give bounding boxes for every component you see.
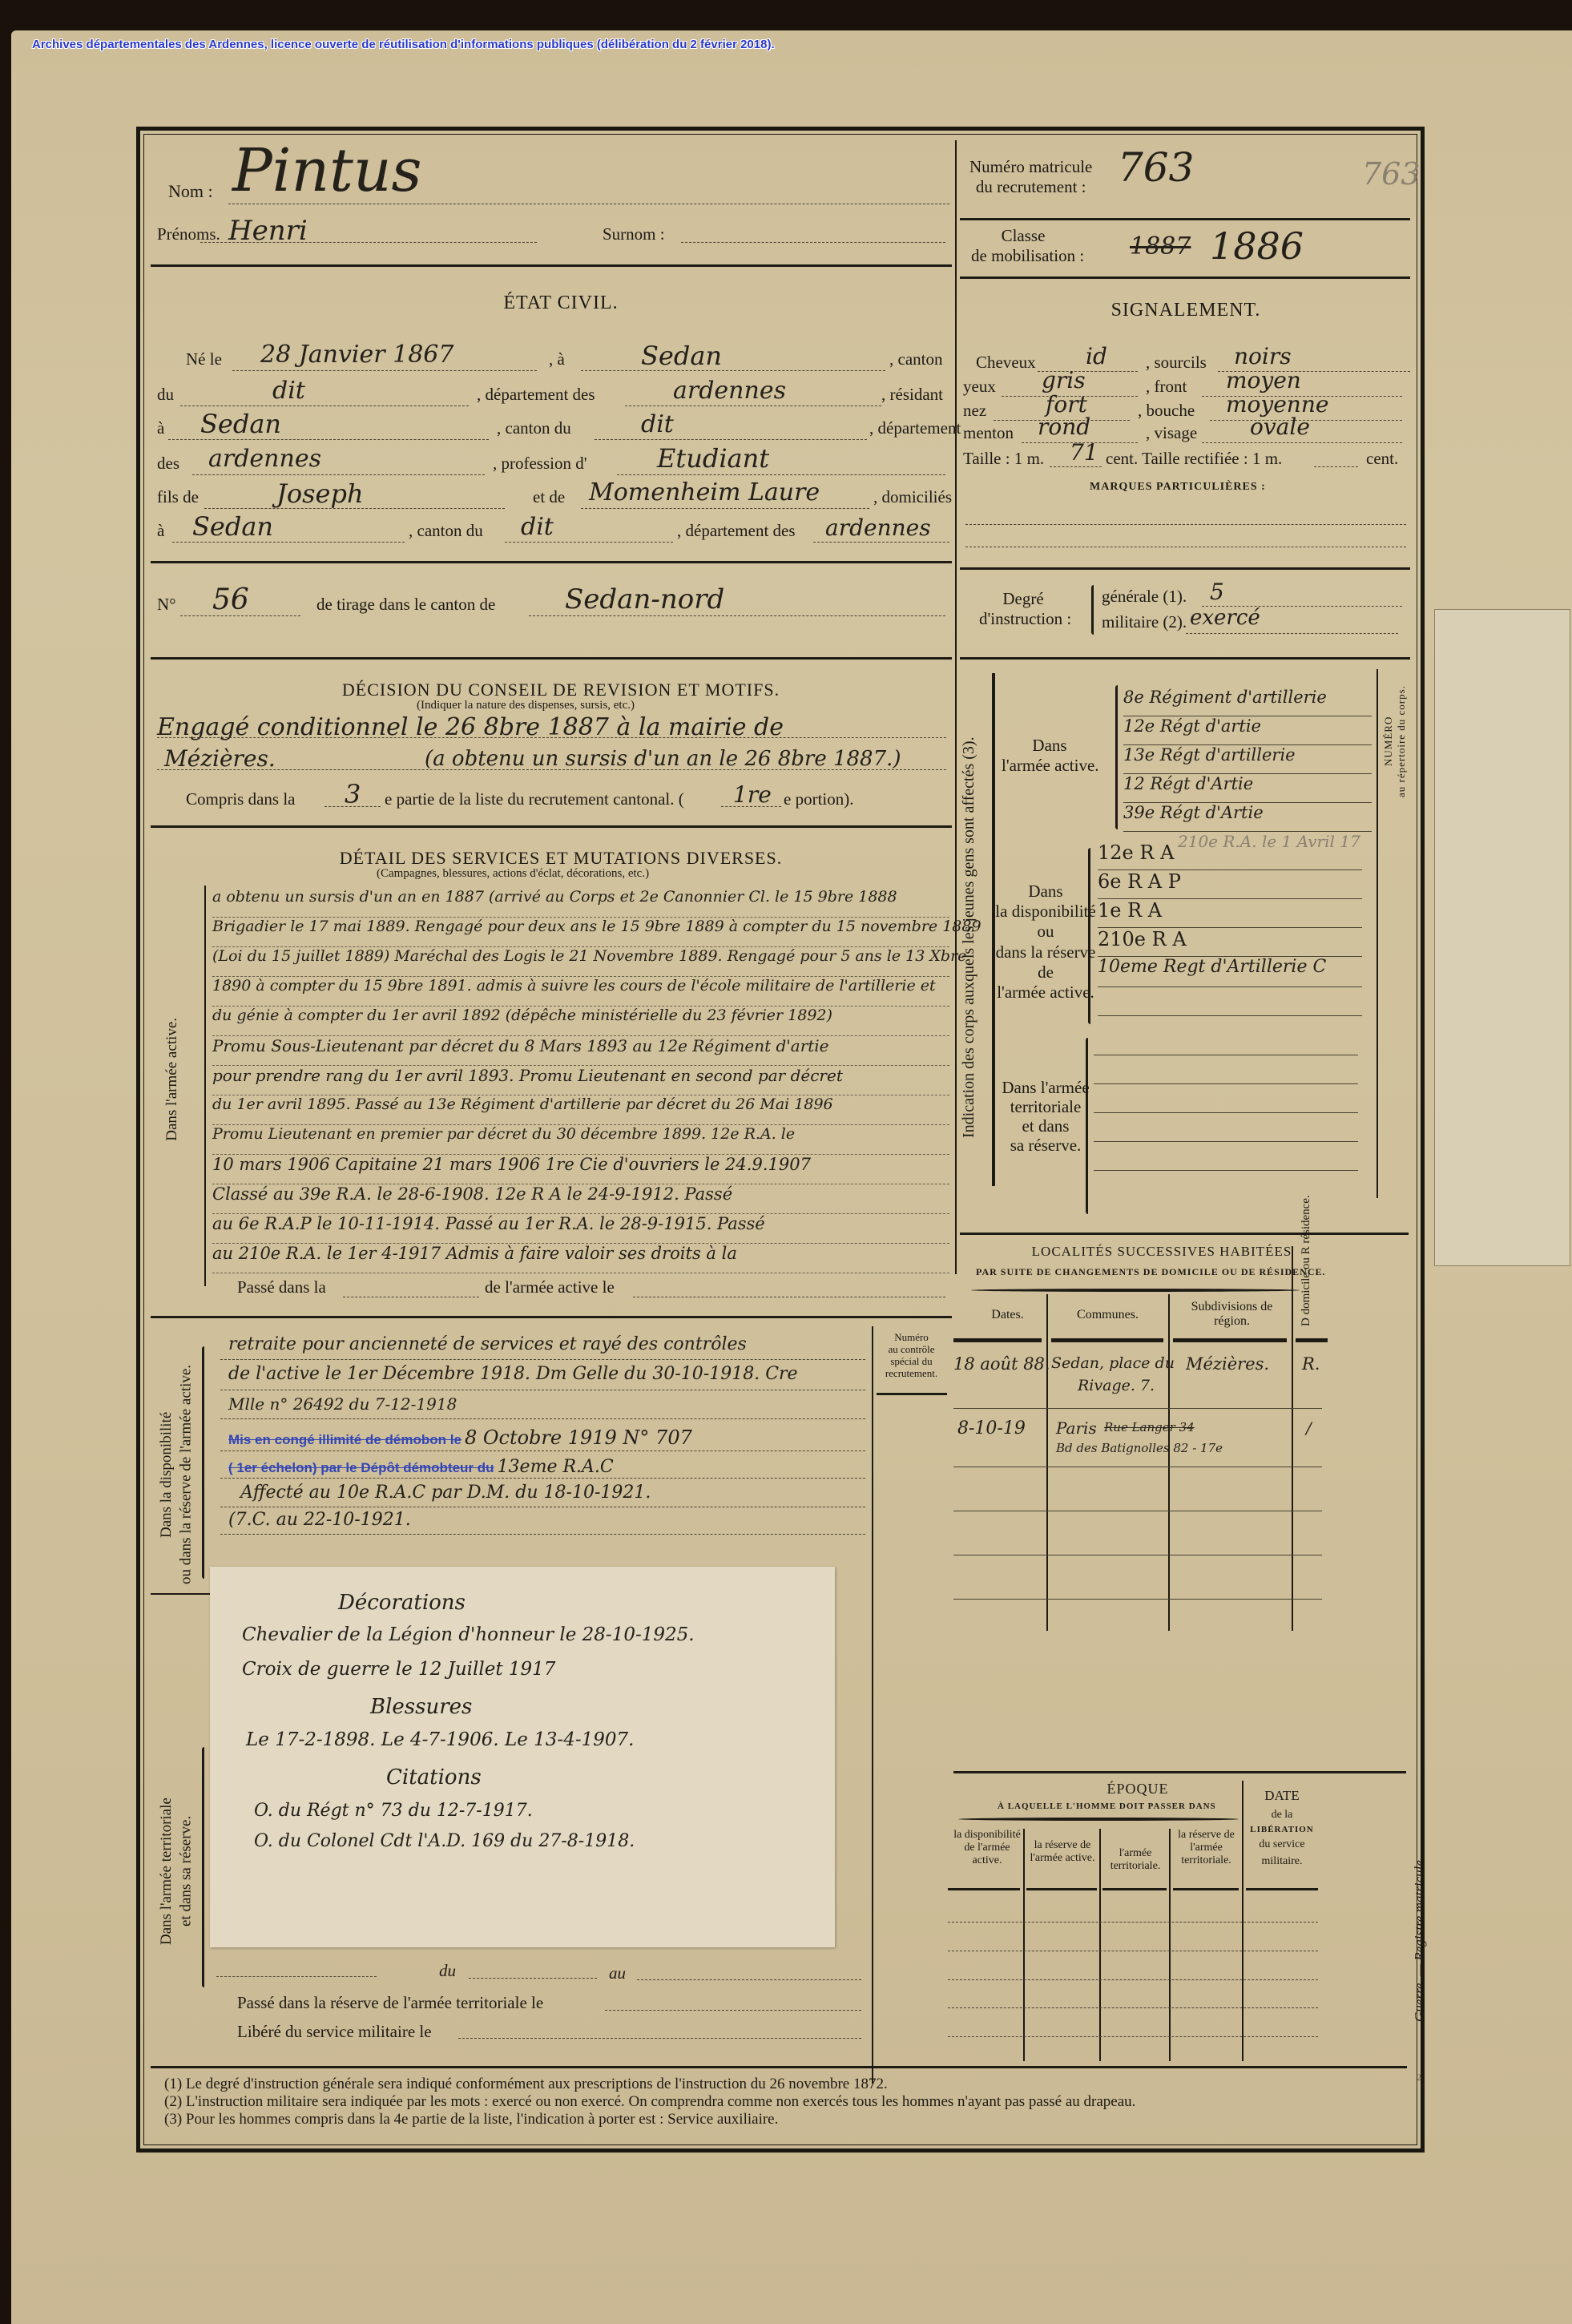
tirage-no-value: 56 <box>212 583 249 616</box>
instruction-label-line1: Degré <box>979 589 1067 609</box>
service-line: au 210e R.A. le 1er 4-1917 Admis à faire… <box>212 1244 949 1273</box>
menton-label: menton <box>963 423 1014 443</box>
au-line <box>637 1979 861 1980</box>
sourcils-value: noirs <box>1234 343 1292 369</box>
corps-active-entry: 12e Régt d'artie <box>1123 716 1372 745</box>
citation-regiment: O. du Régt n° 73 du 12-7-1917. <box>254 1801 533 1821</box>
decoration-legion-honneur: Chevalier de la Légion d'honneur le 28-1… <box>242 1624 695 1645</box>
yeux-label: yeux <box>963 377 996 397</box>
des-value: ardennes <box>208 445 321 473</box>
corps-dispo-entry: 12e R A <box>1098 841 1362 870</box>
tirage-no-label: N° <box>157 595 176 615</box>
localite-row-1-dr: R. <box>1302 1354 1320 1374</box>
numero-controle-divider <box>872 1326 873 2084</box>
corps-territoriale-line <box>1094 1170 1358 1171</box>
service-line: pour prendre rang du 1er avril 1893. Pro… <box>212 1066 949 1095</box>
epoque-row-line <box>948 2036 1318 2037</box>
nom-line <box>228 204 949 204</box>
localite-row-2-commune-struck: Rue Langer 34 <box>1104 1420 1195 1434</box>
instruction-label: Degré d'instruction : <box>979 589 1067 629</box>
epoque-col-divider <box>1169 1829 1171 2061</box>
corps-dispo-label-line3: ou <box>994 922 1098 942</box>
departement-line <box>625 405 881 406</box>
portion-label: e portion). <box>784 789 853 809</box>
date-liberation-header: DATE de la LIBÉRATION du service militai… <box>1246 1785 1318 1870</box>
libere-line <box>458 2038 861 2039</box>
tirage-canton-value: Sedan-nord <box>565 583 724 615</box>
date-liberation-line3: LIBÉRATION <box>1246 1823 1318 1837</box>
de-l-armee-active-le-label: de l'armée active le <box>485 1277 615 1297</box>
localites-col-divider <box>1168 1294 1170 1631</box>
conseil-rule-1 <box>157 737 946 738</box>
instruction-brace <box>1091 585 1094 635</box>
etat-civil-title: ÉTAT CIVIL. <box>465 293 657 314</box>
profession-label: , profession d' <box>493 454 587 474</box>
localites-header-bar <box>1051 1338 1163 1342</box>
corps-dispo-entry: 6e R A P <box>1098 870 1362 899</box>
yeux-value: gris <box>1042 367 1086 393</box>
passe-line-2 <box>633 1297 945 1297</box>
corps-dispo-label-line4: dans la réserve <box>994 942 1098 962</box>
citation-colonel: O. du Colonel Cdt l'A.D. 169 du 27-8-191… <box>254 1831 635 1851</box>
matricule-divider <box>960 218 1410 220</box>
epoque-flourish <box>958 1818 1239 1821</box>
taille-label: Taille : 1 m. <box>963 449 1044 469</box>
conseil-title: DÉCISION DU CONSEIL DE REVISION ET MOTIF… <box>240 680 881 700</box>
canton3-label: , canton du <box>409 521 483 541</box>
corps-dispo-label-line2: la disponibilité <box>994 902 1098 922</box>
corps-dispo-entry: 10eme Regt d'Artillerie C <box>1098 957 1362 987</box>
epoque-col-divider <box>1023 1829 1025 2061</box>
localites-header-communes: Communes. <box>1050 1308 1166 1322</box>
epoque-col-divider <box>1099 1829 1101 2061</box>
services-title: DÉTAIL DES SERVICES ET MUTATIONS DIVERSE… <box>240 848 881 869</box>
classe-struck-value: 1887 <box>1130 232 1191 260</box>
localites-header-bar <box>1296 1338 1328 1342</box>
archive-license-watermark: Archives départementales des Ardennes, l… <box>32 38 775 51</box>
localite-row-2-commune: Paris <box>1056 1418 1097 1438</box>
tirage-divider <box>151 657 952 660</box>
corps-dispo-label-line5: de <box>994 962 1098 982</box>
registre-imprint: Guerre. — Registre matricule. <box>1412 1819 1428 2060</box>
corps-territoriale-line <box>1094 1055 1358 1055</box>
classe-divider <box>960 276 1410 279</box>
du-label: du <box>439 1961 456 1981</box>
marques-line-1 <box>965 524 1406 525</box>
corps-active-label: Dans l'armée active. <box>1002 736 1098 776</box>
services-divider <box>151 1316 952 1318</box>
corps-dispo-entry-empty <box>1098 987 1362 1016</box>
epoque-col-reserve-territoriale: la réserve de l'armée territoriale. <box>1172 1829 1240 1867</box>
du-line <box>180 405 469 406</box>
cent-label: cent. <box>1366 449 1398 469</box>
taille-line <box>1050 466 1102 467</box>
epoque-header-bar <box>948 1888 1020 1890</box>
epoque-row-line <box>948 1922 1318 1923</box>
territoriale-brace <box>202 1747 204 1987</box>
localites-header-bar <box>953 1338 1042 1342</box>
disponibilite-rule <box>220 1359 865 1360</box>
signalement-title: SIGNALEMENT. <box>1074 300 1298 321</box>
tirage-no-line <box>180 615 300 616</box>
disponibilite-line-2: de l'active le 1er Décembre 1918. Dm Gel… <box>228 1364 798 1384</box>
a-label: , à <box>549 349 565 369</box>
localite-row-1-subdivision: Mézières. <box>1186 1354 1269 1374</box>
tirage-canton-line <box>529 615 945 616</box>
canton2-value: dit <box>641 410 674 438</box>
localites-col-divider <box>1292 1246 1293 1631</box>
libere-label: Libéré du service militaire le <box>237 2022 432 2042</box>
a2-value: Sedan <box>200 409 281 439</box>
localite-row-line <box>953 1467 1322 1467</box>
corps-side-label: Indication des corps auxquels les jeunes… <box>960 689 978 1186</box>
front-label: , front <box>1146 377 1187 397</box>
demob-echelon-row: ( 1er échelon) par le Dépôt démobteur du… <box>228 1457 614 1477</box>
corps-active-entries: 8e Régiment d'artillerie 12e Régt d'arti… <box>1123 688 1372 832</box>
compris-line <box>324 806 381 807</box>
conseil-line-2b: (a obtenu un sursis d'un an le 26 8bre 1… <box>425 747 901 771</box>
a3-value: Sedan <box>192 511 273 542</box>
instruction-generale-value: 5 <box>1210 579 1224 605</box>
canton2-label: , canton du <box>497 418 571 438</box>
fils-de-label: fils de <box>157 487 199 507</box>
localites-flourish <box>971 1289 1300 1292</box>
numero-repertoire-label-line1: NUMÉRO <box>1382 716 1394 766</box>
numero-controle-bar <box>877 1393 947 1395</box>
conseil-divider <box>151 825 952 828</box>
sourcils-label: , sourcils <box>1146 353 1207 373</box>
service-line: (Loi du 15 juillet 1889) Maréchal des Lo… <box>212 947 949 977</box>
classe-label-line1: Classe <box>971 226 1075 246</box>
blessures-title: Blessures <box>370 1695 472 1719</box>
a3-line <box>172 542 405 543</box>
disponibilite-rule <box>220 1450 865 1451</box>
decorations-title: Décorations <box>338 1591 466 1615</box>
localites-subtitle: PAR SUITE DE CHANGEMENTS DE DOMICILE OU … <box>976 1266 1326 1278</box>
surnom-label: Surnom : <box>603 224 665 244</box>
instruction-generale-label: générale (1). <box>1102 587 1187 607</box>
epoque-row-line <box>948 1979 1318 1980</box>
disponibilite-rule <box>220 1534 865 1535</box>
services-left-border <box>204 886 206 1286</box>
localite-row-1-date: 18 août 88. <box>953 1354 1050 1374</box>
epoque-header-bar <box>1246 1888 1318 1890</box>
disponibilite-rule <box>220 1418 865 1419</box>
footnote-1: (1) Le degré d'instruction générale sera… <box>164 2076 888 2093</box>
corps-dispo-entry: 1e R A <box>1098 899 1362 928</box>
numero-controle-label: Numéro au contrôle spécial du recrutemen… <box>873 1332 949 1380</box>
localites-col-divider <box>1046 1294 1048 1631</box>
service-line: Brigadier le 17 mai 1889. Rengagé pour d… <box>212 918 949 947</box>
instruction-militaire-value: exercé <box>1190 606 1260 630</box>
localites-title: LOCALITÉS SUCCESSIVES HABITÉES <box>986 1244 1338 1260</box>
disponibilite-brace <box>202 1346 204 1579</box>
numero-matricule-value: 763 <box>1118 144 1194 191</box>
instruction-label-line2: d'instruction : <box>979 609 1067 629</box>
mere-value: Momenheim Laure <box>589 478 820 506</box>
bouche-label: , bouche <box>1138 401 1195 421</box>
territoriale-side-label-line2: et dans sa réserve. <box>178 1816 195 1927</box>
nez-label: nez <box>963 401 986 421</box>
demob-regiment: 13eme R.A.C <box>498 1457 614 1477</box>
corps-divider <box>960 1233 1409 1235</box>
marques-particulieres-label: MARQUES PARTICULIÈRES : <box>1090 481 1266 494</box>
au-label: au <box>609 1963 626 1983</box>
localites-header-bar <box>1173 1338 1287 1342</box>
instruction-militaire-line <box>1186 633 1398 634</box>
front-value: moyen <box>1226 367 1301 393</box>
service-line: Promu Sous-Lieutenant par décret du 8 Ma… <box>212 1036 949 1066</box>
imprint-number: 2 <box>1417 2072 1421 2084</box>
epoque-header-bar <box>1102 1888 1167 1890</box>
epoque-header-bar <box>1026 1888 1097 1890</box>
localite-row-2-commune-2: Bd des Batignolles 82 - 17e <box>1056 1441 1223 1455</box>
corps-territoriale-line <box>1094 1141 1358 1142</box>
epoque-title: ÉPOQUE <box>1066 1781 1210 1797</box>
demob-stamp-row: Mis en congé illimité de démobon le 8 Oc… <box>228 1426 692 1449</box>
departement3-line <box>813 542 949 543</box>
a-line <box>581 370 885 371</box>
departement2-label: , département <box>869 418 961 438</box>
menton-value: rond <box>1038 414 1090 440</box>
corps-active-entry: 8e Régiment d'artillerie <box>1123 688 1372 716</box>
cheveux-value: id <box>1086 343 1107 369</box>
visage-label: , visage <box>1146 423 1197 443</box>
footnote-2: (2) L'instruction militaire sera indiqué… <box>164 2093 1135 2111</box>
numero-matricule-pencil: 763 <box>1362 156 1421 192</box>
taille-value: 71 <box>1070 439 1098 466</box>
corps-territoriale-line <box>1094 1112 1358 1113</box>
localite-row-line <box>953 1408 1322 1409</box>
signalement-divider <box>960 567 1410 570</box>
footnote-3: (3) Pour les hommes compris dans la 4e p… <box>164 2111 778 2128</box>
passe-dans-la-label: Passé dans la <box>237 1277 326 1297</box>
epoque-col-reserve-active: la réserve de l'armée active. <box>1027 1839 1098 1865</box>
demob-stamp: Mis en congé illimité de démobon le <box>228 1432 462 1447</box>
corps-active-entry: 39e Régt d'Artie <box>1123 803 1372 832</box>
corps-active-entry: 13e Régt d'artillerie <box>1123 745 1372 774</box>
taille-rectifiee-label: cent. Taille rectifiée : 1 m. <box>1106 449 1282 469</box>
corps-territoriale-label-line4: sa réserve. <box>994 1136 1098 1155</box>
right-column-divider <box>955 140 957 1274</box>
pasted-decorations-note: Décorations Chevalier de la Légion d'hon… <box>210 1567 835 1947</box>
services-side-label: Dans l'armée active. <box>163 1018 181 1141</box>
localite-row-line <box>953 1599 1322 1600</box>
nom-value: Pintus <box>232 136 422 205</box>
partie-label: e partie de la liste du recrutement cant… <box>385 789 684 809</box>
corps-territoriale-label-line2: territoriale <box>994 1097 1098 1116</box>
numero-matricule-label-line2: du recrutement : <box>969 177 1092 197</box>
corps-dispo-entries: 12e R A 6e R A P 1e R A 210e R A 10eme R… <box>1098 841 1362 1016</box>
corps-dispo-entry: 210e R A <box>1098 928 1362 957</box>
classe-value: 1886 <box>1210 224 1304 268</box>
service-line: Promu Lieutenant en premier par décret d… <box>212 1125 949 1155</box>
epoque-row-line <box>948 2007 1318 2008</box>
numero-controle-label-line3: spécial du <box>873 1356 949 1368</box>
instruction-divider <box>960 657 1410 660</box>
canton2-line <box>595 439 867 440</box>
service-line: Classé au 39e R.A. le 28-6-1908. 12e R A… <box>212 1184 949 1214</box>
tirage-label: de tirage dans le canton de <box>316 595 495 615</box>
epoque-header-bar <box>1173 1888 1239 1890</box>
numero-matricule-label: Numéro matricule du recrutement : <box>969 157 1092 197</box>
disponibilite-line-4: Affecté au 10e R.A.C par D.M. du 18-10-1… <box>240 1483 651 1503</box>
profession-value: Etudiant <box>657 443 769 474</box>
blessures-dates: Le 17-2-1898. Le 4-7-1906. Le 13-4-1907. <box>246 1729 634 1750</box>
conseil-subtitle: (Indiquer la nature des dispenses, sursi… <box>417 699 635 712</box>
corps-territoriale-brace <box>1086 1038 1088 1214</box>
marques-line-2 <box>965 547 1406 547</box>
et-de-label: et de <box>533 487 565 507</box>
surnom-line <box>681 242 945 243</box>
service-line: du 1er avril 1895. Passé au 13e Régiment… <box>212 1095 949 1125</box>
departement-label: , département des <box>477 385 595 405</box>
canton3-line <box>505 542 673 543</box>
instruction-militaire-label: militaire (2). <box>1102 612 1187 632</box>
numero-repertoire-label: NUMÉRO au répertoire du corps. <box>1382 673 1408 809</box>
epoque-col-divider <box>1242 1781 1243 2061</box>
disponibilite-rule <box>220 1390 865 1390</box>
demob-date: 8 Octobre 1919 N° 707 <box>465 1426 692 1449</box>
ne-le-line <box>232 370 537 371</box>
epoque-col-territoriale: l'armée territoriale. <box>1103 1847 1167 1873</box>
profession-line <box>617 474 945 475</box>
cheveux-label: Cheveux <box>976 353 1036 373</box>
citations-title: Citations <box>386 1765 482 1789</box>
service-line: a obtenu un sursis d'un an en 1887 (arri… <box>212 888 949 918</box>
nom-label: Nom : <box>168 181 213 202</box>
a3-label: à <box>157 521 164 541</box>
visage-line <box>1202 442 1402 443</box>
numero-repertoire-label-line2: au répertoire du corps. <box>1395 685 1407 797</box>
paper-tab-upper <box>1434 609 1570 1266</box>
disponibilite-side-label: Dans la disponibilité ou dans la réserve… <box>157 1362 196 1587</box>
conseil-rule-2 <box>157 769 946 770</box>
localite-row-line <box>953 1555 1322 1555</box>
date-liberation-line5: militaire. <box>1246 1853 1318 1870</box>
epoque-row-line <box>948 1951 1318 1951</box>
passe-line-1 <box>343 1297 479 1297</box>
passe-reserve-territoriale-label: Passé dans la réserve de l'armée territo… <box>237 1993 543 2013</box>
departement-value: ardennes <box>673 377 786 405</box>
compris-label: Compris dans la <box>186 789 296 809</box>
disponibilite-line-3: Mlle n° 26492 du 7-12-1918 <box>228 1394 457 1414</box>
localite-row-1-commune: Sedan, place du <box>1051 1354 1175 1372</box>
localites-divider <box>953 1771 1406 1773</box>
localite-row-2-date: 8-10-19 <box>957 1418 1026 1438</box>
canton-label: , canton <box>889 349 942 369</box>
classe-label: Classe de mobilisation : <box>971 226 1075 266</box>
pere-line <box>204 508 505 509</box>
date-liberation-line4: du service <box>1246 1836 1318 1853</box>
du-value: dit <box>272 377 305 405</box>
localite-row-2-dr: / <box>1306 1418 1312 1438</box>
a-value: Sedan <box>641 341 722 371</box>
des-label: des <box>157 454 179 474</box>
visage-value: ovale <box>1250 414 1310 440</box>
territoriale-from-line <box>216 1976 377 1977</box>
service-line: du génie à compter du 1er avril 1892 (dé… <box>212 1007 949 1036</box>
portion-line <box>721 806 781 807</box>
footnotes-divider <box>151 2066 1407 2068</box>
services-subtitle: (Campagnes, blessures, actions d'éclat, … <box>377 867 649 881</box>
disponibilite-rule <box>220 1507 865 1507</box>
corps-active-entry: 12 Régt d'Artie <box>1123 774 1372 803</box>
passe-reserve-line <box>605 2010 861 2011</box>
prenoms-line <box>200 242 537 243</box>
numero-controle-label-line4: recrutement. <box>873 1368 949 1380</box>
service-line: 10 mars 1906 Capitaine 21 mars 1906 1re … <box>212 1155 949 1184</box>
territoriale-side-label-line1: Dans l'armée territoriale <box>158 1797 175 1945</box>
numero-matricule-label-line1: Numéro matricule <box>969 157 1092 177</box>
localites-header-dates: Dates. <box>969 1308 1046 1322</box>
corps-active-label-line1: Dans <box>1002 736 1098 756</box>
date-liberation-line2: de la <box>1246 1806 1318 1823</box>
conseil-line-2a: Mézières. <box>164 745 276 772</box>
du-line <box>469 1978 597 1979</box>
a2-line <box>168 439 489 440</box>
disponibilite-rule <box>220 1478 865 1479</box>
pere-value: Joseph <box>276 478 364 509</box>
numero-controle-label-line2: au contrôle <box>873 1344 949 1356</box>
des-line <box>192 474 485 475</box>
demob-echelon-stamp: ( 1er échelon) par le Dépôt démobteur du <box>228 1460 494 1475</box>
service-line: au 6e R.A.P le 10-11-1914. Passé au 1er … <box>212 1214 949 1244</box>
departement3-label: , département des <box>677 521 796 541</box>
disponibilite-line-5: (7.C. au 22-10-1921. <box>228 1510 411 1530</box>
ne-le-value: 28 Janvier 1867 <box>260 341 453 369</box>
localite-row-line <box>953 1511 1322 1511</box>
numero-controle-label-line1: Numéro <box>873 1332 949 1344</box>
disponibilite-side-label-line2: ou dans la réserve de l'armée active. <box>178 1365 195 1584</box>
residant-label: , résidant <box>881 385 943 405</box>
corps-active-brace <box>1115 685 1118 829</box>
numero-repertoire-divider <box>1377 669 1378 1198</box>
epoque-col-disponibilite: la disponibilité de l'armée active. <box>952 1829 1022 1867</box>
disponibilite-line-1: retraite pour ancienneté de services et … <box>228 1334 747 1354</box>
compris-value: 3 <box>345 779 361 809</box>
domicilies-label: , domiciliés <box>873 487 952 507</box>
canton3-value: dit <box>521 513 554 541</box>
ne-le-label: Né le <box>186 349 222 369</box>
corps-dispo-label-line6: l'armée active. <box>994 982 1098 1003</box>
identity-divider <box>151 264 952 267</box>
du-label: du <box>157 385 174 405</box>
localites-header-dr: D domicile ou R résidence. <box>1300 1246 1332 1326</box>
corps-dispo-label: Dans la disponibilité ou dans la réserve… <box>994 882 1098 1003</box>
classe-label-line2: de mobilisation : <box>971 246 1075 266</box>
corps-territoriale-label: Dans l'armée territoriale et dans sa rés… <box>994 1078 1098 1156</box>
corps-territoriale-label-line1: Dans l'armée <box>994 1078 1098 1097</box>
epoque-subtitle: À LAQUELLE L'HOMME DOIT PASSER DANS <box>998 1802 1216 1811</box>
date-liberation-line1: DATE <box>1246 1785 1318 1806</box>
services-lines: a obtenu un sursis d'un an en 1887 (arri… <box>212 888 949 1273</box>
localite-row-1-commune-2: Rivage. 7. <box>1078 1377 1155 1394</box>
corps-territoriale-label-line3: et dans <box>994 1116 1098 1136</box>
decoration-croix-de-guerre: Croix de guerre le 12 Juillet 1917 <box>242 1659 555 1680</box>
etat-civil-divider <box>151 561 952 563</box>
disponibilite-side-label-line1: Dans la disponibilité <box>158 1411 175 1537</box>
portion-value: 1re <box>733 781 772 808</box>
a2-label: à <box>157 418 164 438</box>
territoriale-side-label: Dans l'armée territoriale et dans sa rés… <box>157 1763 196 1979</box>
corps-dispo-brace <box>1088 848 1090 1024</box>
departement3-value: ardennes <box>825 514 931 541</box>
localites-header-subdivisions: Subdivisions de région. <box>1174 1300 1290 1329</box>
service-line: 1890 à compter du 15 9bre 1891. admis à … <box>212 977 949 1007</box>
corps-dispo-label-line1: Dans <box>994 882 1098 902</box>
mere-line <box>581 508 869 509</box>
